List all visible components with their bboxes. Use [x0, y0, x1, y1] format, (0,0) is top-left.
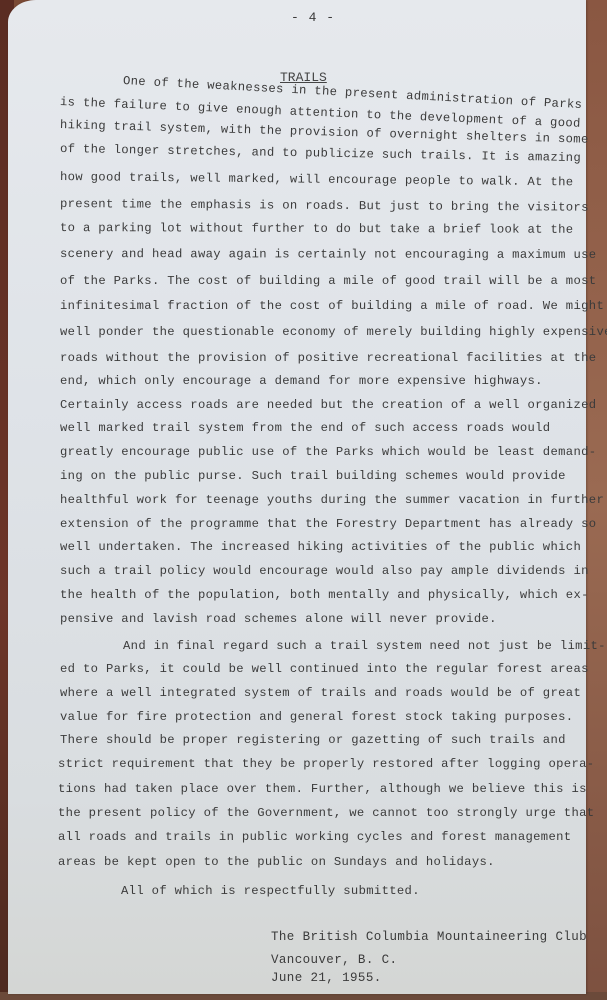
typewritten-page: - 4 - TRAILS One of the weaknesses in th…: [8, 0, 586, 994]
text-line: value for fire protection and general fo…: [60, 710, 573, 724]
text-line: tions had taken place over them. Further…: [58, 782, 587, 796]
text-line: greatly encourage public use of the Park…: [60, 445, 596, 459]
text-line: infinitesimal fraction of the cost of bu…: [60, 299, 604, 313]
signature-date: June 21, 1955.: [271, 971, 382, 985]
text-line: of the Parks. The cost of building a mil…: [60, 274, 596, 288]
text-line: extension of the programme that the Fore…: [60, 517, 596, 531]
text-line: healthful work for teenage youths during…: [60, 493, 604, 507]
text-line: ing on the public purse. Such trail buil…: [60, 469, 566, 483]
text-line: pensive and lavish road schemes alone wi…: [60, 612, 497, 626]
text-line: ed to Parks, it could be well continued …: [60, 662, 589, 676]
text-line: how good trails, well marked, will encou…: [60, 170, 574, 189]
signature-organization: The British Columbia Mountaineering Club: [271, 930, 587, 944]
text-line: all roads and trails in public working c…: [58, 830, 571, 844]
text-line: to a parking lot without further to do b…: [60, 221, 574, 237]
text-line: of the longer stretches, and to publiciz…: [60, 142, 581, 165]
text-line: scenery and head away again is certainly…: [60, 247, 596, 262]
text-line: roads without the provision of positive …: [60, 351, 596, 365]
signature-location: Vancouver, B. C.: [271, 953, 397, 967]
text-line: well ponder the questionable economy of …: [60, 325, 607, 339]
text-line: such a trail policy would encourage woul…: [60, 564, 589, 578]
text-line: well marked trail system from the end of…: [60, 421, 550, 435]
text-line: strict requirement that they be properly…: [58, 757, 594, 771]
text-line: present time the emphasis is on roads. B…: [60, 197, 589, 215]
text-line: And in final regard such a trail system …: [123, 639, 606, 653]
text-line: areas be kept open to the public on Sund…: [58, 855, 495, 869]
text-line: well undertaken. The increased hiking ac…: [60, 540, 581, 554]
text-line: Certainly access roads are needed but th…: [60, 398, 596, 412]
page-number: - 4 -: [291, 10, 335, 25]
text-line: end, which only encourage a demand for m…: [60, 374, 543, 388]
text-line: the health of the population, both menta…: [60, 588, 589, 602]
text-line: There should be proper registering or ga…: [60, 733, 566, 747]
text-line: All of which is respectfully submitted.: [121, 884, 420, 898]
text-line: where a well integrated system of trails…: [60, 686, 581, 700]
text-line: the present policy of the Government, we…: [58, 806, 594, 820]
